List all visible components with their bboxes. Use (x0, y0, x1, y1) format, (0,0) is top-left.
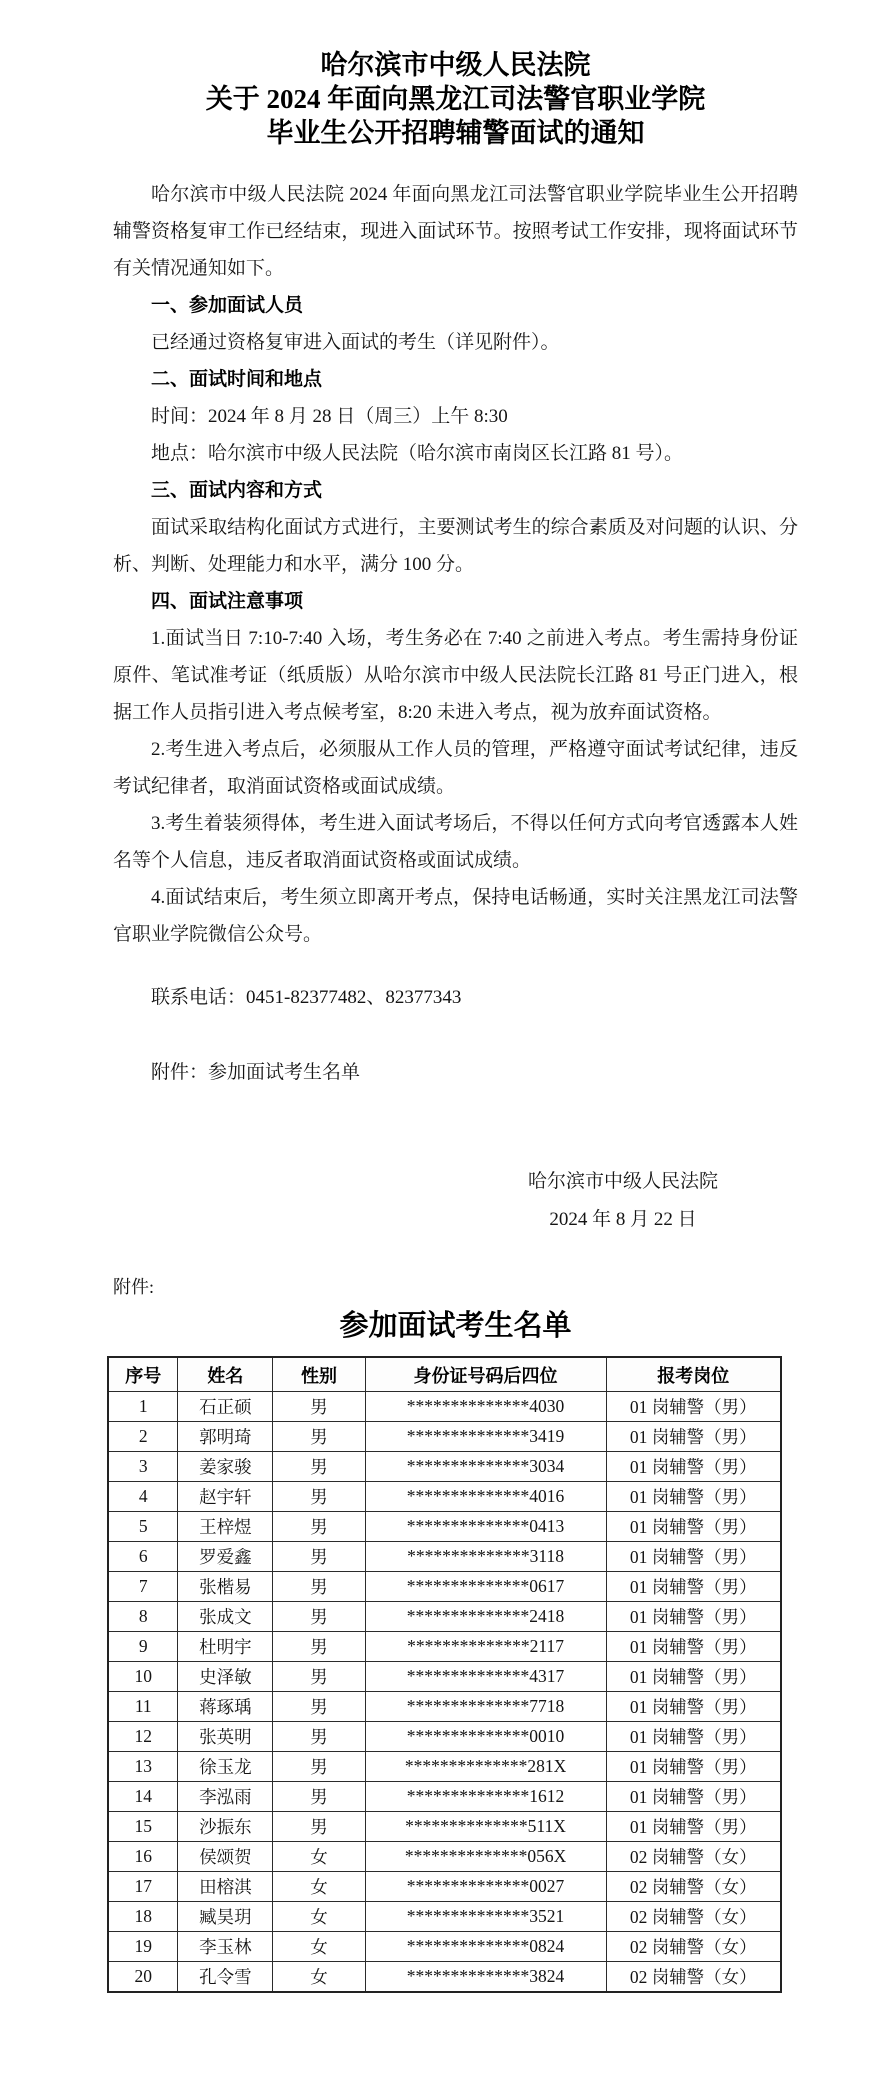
section3-heading: 三、面试内容和方式 (113, 472, 798, 509)
table-cell: 男 (273, 1692, 365, 1722)
section1-body: 已经通过资格复审进入面试的考生（详见附件）。 (113, 324, 798, 361)
table-cell: **************511X (365, 1812, 606, 1842)
table-cell: 男 (273, 1662, 365, 1692)
table-cell: 5 (108, 1512, 178, 1542)
contact-phone: 联系电话：0451-82377482、82377343 (113, 979, 798, 1016)
section3-body: 面试采取结构化面试方式进行，主要测试考生的综合素质及对问题的认识、分析、判断、处… (113, 509, 798, 583)
table-cell: 男 (273, 1422, 365, 1452)
table-cell: 女 (273, 1872, 365, 1902)
roster-header-row: 序号 姓名 性别 身份证号码后四位 报考岗位 (108, 1357, 781, 1392)
table-cell: 02 岗辅警（女） (606, 1962, 781, 1993)
table-cell: 臧昊玥 (178, 1902, 273, 1932)
column-header-id-last4: 身份证号码后四位 (365, 1357, 606, 1392)
table-cell: 男 (273, 1812, 365, 1842)
table-row: 11蒋琢瑀男**************771801 岗辅警（男） (108, 1692, 781, 1722)
table-cell: **************281X (365, 1752, 606, 1782)
candidate-roster-table: 序号 姓名 性别 身份证号码后四位 报考岗位 1石正硕男************… (107, 1356, 782, 1993)
table-cell: **************2418 (365, 1602, 606, 1632)
column-header-position: 报考岗位 (606, 1357, 781, 1392)
table-cell: 02 岗辅警（女） (606, 1842, 781, 1872)
table-cell: 4 (108, 1482, 178, 1512)
table-cell: 李玉林 (178, 1932, 273, 1962)
table-row: 9杜明宇男**************211701 岗辅警（男） (108, 1632, 781, 1662)
table-cell: 史泽敏 (178, 1662, 273, 1692)
table-cell: 张英明 (178, 1722, 273, 1752)
table-cell: 男 (273, 1782, 365, 1812)
title-line-1: 哈尔滨市中级人民法院 (113, 48, 798, 82)
table-row: 3姜家骏男**************303401 岗辅警（男） (108, 1452, 781, 1482)
table-cell: **************4317 (365, 1662, 606, 1692)
table-cell: **************056X (365, 1842, 606, 1872)
signature-block: 哈尔滨市中级人民法院 2024 年 8 月 22 日 (528, 1163, 718, 1239)
table-cell: 男 (273, 1452, 365, 1482)
column-header-name: 姓名 (178, 1357, 273, 1392)
table-cell: 18 (108, 1902, 178, 1932)
section4-item-2: 2.考生进入考点后，必须服从工作人员的管理，严格遵守面试考试纪律，违反考试纪律者… (113, 731, 798, 805)
table-cell: **************7718 (365, 1692, 606, 1722)
table-cell: 20 (108, 1962, 178, 1993)
title-line-3: 毕业生公开招聘辅警面试的通知 (113, 116, 798, 150)
table-cell: 石正硕 (178, 1392, 273, 1422)
table-cell: 7 (108, 1572, 178, 1602)
section2-heading: 二、面试时间和地点 (113, 361, 798, 398)
table-cell: 10 (108, 1662, 178, 1692)
table-cell: **************1612 (365, 1782, 606, 1812)
table-cell: 1 (108, 1392, 178, 1422)
table-cell: 17 (108, 1872, 178, 1902)
table-cell: 8 (108, 1602, 178, 1632)
attachment-reference: 附件：参加面试考生名单 (113, 1054, 798, 1091)
table-cell: 女 (273, 1842, 365, 1872)
attachment-label: 附件: (113, 1269, 798, 1306)
table-cell: 女 (273, 1902, 365, 1932)
table-cell: 01 岗辅警（男） (606, 1722, 781, 1752)
table-cell: 12 (108, 1722, 178, 1752)
table-cell: **************2117 (365, 1632, 606, 1662)
table-cell: 01 岗辅警（男） (606, 1542, 781, 1572)
table-cell: 01 岗辅警（男） (606, 1422, 781, 1452)
title-line-2: 关于 2024 年面向黑龙江司法警官职业学院 (113, 82, 798, 116)
signature-date: 2024 年 8 月 22 日 (528, 1201, 718, 1239)
table-row: 2郭明琦男**************341901 岗辅警（男） (108, 1422, 781, 1452)
table-cell: **************3521 (365, 1902, 606, 1932)
table-cell: 01 岗辅警（男） (606, 1572, 781, 1602)
table-cell: 02 岗辅警（女） (606, 1932, 781, 1962)
table-cell: 3 (108, 1452, 178, 1482)
table-cell: 男 (273, 1542, 365, 1572)
table-cell: 9 (108, 1632, 178, 1662)
table-row: 15沙振东男**************511X01 岗辅警（男） (108, 1812, 781, 1842)
interview-place: 地点：哈尔滨市中级人民法院（哈尔滨市南岗区长江路 81 号）。 (113, 435, 798, 472)
table-cell: 蒋琢瑀 (178, 1692, 273, 1722)
table-row: 16侯颂贺女**************056X02 岗辅警（女） (108, 1842, 781, 1872)
roster-title: 参加面试考生名单 (113, 1308, 798, 1344)
table-row: 6罗爱鑫男**************311801 岗辅警（男） (108, 1542, 781, 1572)
table-cell: 6 (108, 1542, 178, 1572)
column-header-index: 序号 (108, 1357, 178, 1392)
section1-heading: 一、参加面试人员 (113, 287, 798, 324)
table-cell: 田榕淇 (178, 1872, 273, 1902)
table-cell: 01 岗辅警（男） (606, 1512, 781, 1542)
table-cell: 13 (108, 1752, 178, 1782)
table-row: 20孔令雪女**************382402 岗辅警（女） (108, 1962, 781, 1993)
table-cell: 01 岗辅警（男） (606, 1782, 781, 1812)
table-cell: 2 (108, 1422, 178, 1452)
table-cell: 男 (273, 1572, 365, 1602)
table-cell: 16 (108, 1842, 178, 1872)
section4-item-1: 1.面试当日 7:10-7:40 入场，考生务必在 7:40 之前进入考点。考生… (113, 620, 798, 731)
table-cell: 李泓雨 (178, 1782, 273, 1812)
table-cell: 01 岗辅警（男） (606, 1392, 781, 1422)
table-cell: 罗爱鑫 (178, 1542, 273, 1572)
table-cell: 01 岗辅警（男） (606, 1662, 781, 1692)
table-cell: **************0027 (365, 1872, 606, 1902)
table-cell: 男 (273, 1392, 365, 1422)
table-row: 19李玉林女**************082402 岗辅警（女） (108, 1932, 781, 1962)
table-cell: 男 (273, 1512, 365, 1542)
table-cell: 侯颂贺 (178, 1842, 273, 1872)
table-cell: 01 岗辅警（男） (606, 1452, 781, 1482)
table-cell: 杜明宇 (178, 1632, 273, 1662)
table-cell: 11 (108, 1692, 178, 1722)
roster-body: 1石正硕男**************403001 岗辅警（男）2郭明琦男***… (108, 1392, 781, 1993)
table-cell: **************4030 (365, 1392, 606, 1422)
table-row: 7张楷易男**************061701 岗辅警（男） (108, 1572, 781, 1602)
table-cell: **************3419 (365, 1422, 606, 1452)
table-row: 10史泽敏男**************431701 岗辅警（男） (108, 1662, 781, 1692)
table-cell: **************3824 (365, 1962, 606, 1993)
intro-paragraph: 哈尔滨市中级人民法院 2024 年面向黑龙江司法警官职业学院毕业生公开招聘辅警资… (113, 176, 798, 287)
table-row: 12张英明男**************001001 岗辅警（男） (108, 1722, 781, 1752)
table-cell: 男 (273, 1602, 365, 1632)
table-cell: **************0617 (365, 1572, 606, 1602)
table-row: 18臧昊玥女**************352102 岗辅警（女） (108, 1902, 781, 1932)
column-header-gender: 性别 (273, 1357, 365, 1392)
table-cell: 01 岗辅警（男） (606, 1602, 781, 1632)
table-row: 4赵宇轩男**************401601 岗辅警（男） (108, 1482, 781, 1512)
notice-document: 哈尔滨市中级人民法院 关于 2024 年面向黑龙江司法警官职业学院 毕业生公开招… (0, 0, 888, 2093)
table-row: 14李泓雨男**************161201 岗辅警（男） (108, 1782, 781, 1812)
table-cell: 14 (108, 1782, 178, 1812)
table-cell: 02 岗辅警（女） (606, 1902, 781, 1932)
table-row: 5王梓煜男**************041301 岗辅警（男） (108, 1512, 781, 1542)
table-cell: **************0824 (365, 1932, 606, 1962)
table-cell: **************0010 (365, 1722, 606, 1752)
table-cell: 沙振东 (178, 1812, 273, 1842)
table-cell: 郭明琦 (178, 1422, 273, 1452)
document-title: 哈尔滨市中级人民法院 关于 2024 年面向黑龙江司法警官职业学院 毕业生公开招… (113, 48, 798, 150)
table-cell: 01 岗辅警（男） (606, 1752, 781, 1782)
section4-heading: 四、面试注意事项 (113, 583, 798, 620)
table-cell: 赵宇轩 (178, 1482, 273, 1512)
table-cell: **************3118 (365, 1542, 606, 1572)
table-row: 1石正硕男**************403001 岗辅警（男） (108, 1392, 781, 1422)
table-cell: 王梓煜 (178, 1512, 273, 1542)
table-cell: **************0413 (365, 1512, 606, 1542)
table-cell: 徐玉龙 (178, 1752, 273, 1782)
table-cell: 男 (273, 1482, 365, 1512)
table-cell: **************3034 (365, 1452, 606, 1482)
table-cell: 张成文 (178, 1602, 273, 1632)
table-row: 8张成文男**************241801 岗辅警（男） (108, 1602, 781, 1632)
interview-time: 时间：2024 年 8 月 28 日（周三）上午 8:30 (113, 398, 798, 435)
table-cell: 张楷易 (178, 1572, 273, 1602)
table-cell: **************4016 (365, 1482, 606, 1512)
table-cell: 19 (108, 1932, 178, 1962)
table-cell: 男 (273, 1722, 365, 1752)
table-cell: 01 岗辅警（男） (606, 1812, 781, 1842)
table-cell: 姜家骏 (178, 1452, 273, 1482)
table-row: 13徐玉龙男**************281X01 岗辅警（男） (108, 1752, 781, 1782)
signature-organization: 哈尔滨市中级人民法院 (528, 1163, 718, 1201)
table-cell: 15 (108, 1812, 178, 1842)
section4-item-4: 4.面试结束后，考生须立即离开考点，保持电话畅通，实时关注黑龙江司法警官职业学院… (113, 879, 798, 953)
table-cell: 01 岗辅警（男） (606, 1482, 781, 1512)
section4-item-3: 3.考生着装须得体，考生进入面试考场后，不得以任何方式向考官透露本人姓名等个人信… (113, 805, 798, 879)
table-cell: 01 岗辅警（男） (606, 1692, 781, 1722)
table-cell: 男 (273, 1752, 365, 1782)
table-row: 17田榕淇女**************002702 岗辅警（女） (108, 1872, 781, 1902)
table-cell: 01 岗辅警（男） (606, 1632, 781, 1662)
table-cell: 02 岗辅警（女） (606, 1872, 781, 1902)
table-cell: 女 (273, 1962, 365, 1993)
document-content: 哈尔滨市中级人民法院 关于 2024 年面向黑龙江司法警官职业学院 毕业生公开招… (0, 48, 888, 1993)
table-cell: 孔令雪 (178, 1962, 273, 1993)
table-cell: 男 (273, 1632, 365, 1662)
table-cell: 女 (273, 1932, 365, 1962)
